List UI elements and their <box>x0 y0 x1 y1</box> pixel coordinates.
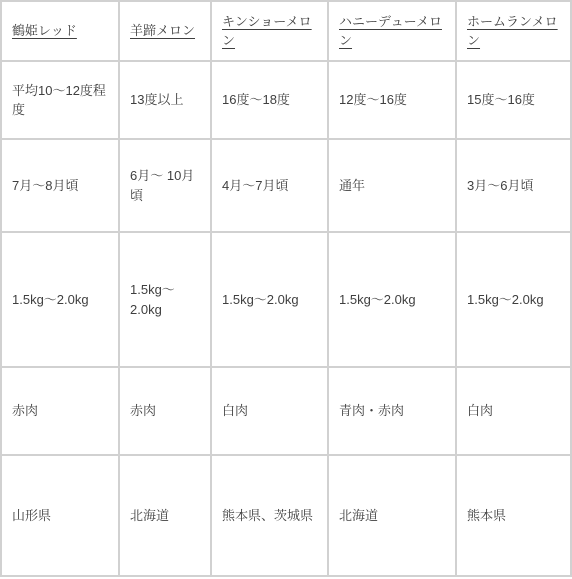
season-row: 7月〜8月頃 6月〜 10月頃 4月〜7月頃 通年 3月〜6月頃 <box>1 139 571 232</box>
table-cell: 4月〜7月頃 <box>211 139 328 232</box>
table-cell: 平均10〜12度程度 <box>1 61 119 139</box>
column-header-link[interactable]: ハニーデューメロン <box>339 14 442 49</box>
flesh-color-row: 赤肉 赤肉 白肉 青肉・赤肉 白肉 <box>1 367 571 455</box>
table-cell: 16度〜18度 <box>211 61 328 139</box>
column-header-homerun-melon: ホームランメロン <box>456 1 571 61</box>
table-cell: 3月〜6月頃 <box>456 139 571 232</box>
table-cell: 白肉 <box>456 367 571 455</box>
table-cell: 熊本県 <box>456 455 571 576</box>
table-cell: 13度以上 <box>119 61 211 139</box>
table-cell: 1.5kg〜2.0kg <box>119 232 211 367</box>
table-cell: 15度〜16度 <box>456 61 571 139</box>
weight-row: 1.5kg〜2.0kg 1.5kg〜2.0kg 1.5kg〜2.0kg 1.5k… <box>1 232 571 367</box>
table-cell: 1.5kg〜2.0kg <box>328 232 456 367</box>
column-header-kinsho-melon: キンショーメロン <box>211 1 328 61</box>
column-header-honeydew-melon: ハニーデューメロン <box>328 1 456 61</box>
table-cell: 12度〜16度 <box>328 61 456 139</box>
table-cell: 1.5kg〜2.0kg <box>1 232 119 367</box>
column-header-yotei-melon: 羊蹄メロン <box>119 1 211 61</box>
table-cell: 白肉 <box>211 367 328 455</box>
table-cell: 通年 <box>328 139 456 232</box>
sugar-content-row: 平均10〜12度程度 13度以上 16度〜18度 12度〜16度 15度〜16度 <box>1 61 571 139</box>
table-header-row: 鶴姫レッド 羊蹄メロン キンショーメロン ハニーデューメロン ホームランメロン <box>1 1 571 61</box>
table-cell: 7月〜8月頃 <box>1 139 119 232</box>
table-cell: 青肉・赤肉 <box>328 367 456 455</box>
column-header-link[interactable]: ホームランメロン <box>467 14 558 49</box>
table-cell: 熊本県、茨城県 <box>211 455 328 576</box>
melon-comparison-table: 鶴姫レッド 羊蹄メロン キンショーメロン ハニーデューメロン ホームランメロン … <box>0 0 572 577</box>
table-cell: 北海道 <box>328 455 456 576</box>
table-cell: 赤肉 <box>1 367 119 455</box>
table-cell: 1.5kg〜2.0kg <box>211 232 328 367</box>
table-cell: 6月〜 10月頃 <box>119 139 211 232</box>
table-cell: 赤肉 <box>119 367 211 455</box>
table-cell: 1.5kg〜2.0kg <box>456 232 571 367</box>
column-header-tsuruhime-red: 鶴姫レッド <box>1 1 119 61</box>
column-header-link[interactable]: キンショーメロン <box>222 14 312 49</box>
table-cell: 山形県 <box>1 455 119 576</box>
column-header-link[interactable]: 鶴姫レッド <box>12 23 77 38</box>
table-cell: 北海道 <box>119 455 211 576</box>
column-header-link[interactable]: 羊蹄メロン <box>130 23 195 38</box>
origin-row: 山形県 北海道 熊本県、茨城県 北海道 熊本県 <box>1 455 571 576</box>
